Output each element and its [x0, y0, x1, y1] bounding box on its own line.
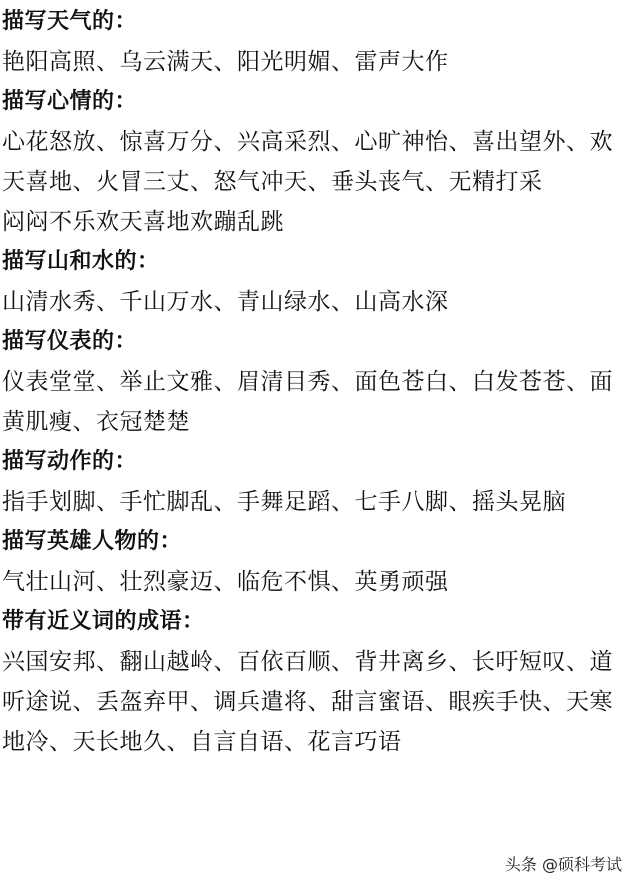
idiom-line: 气壮山河、壮烈豪迈、临危不惧、英勇顽强 [2, 562, 638, 602]
idiom-line: 艳阳高照、乌云满天、阳光明媚、雷声大作 [2, 42, 638, 82]
section-heading-action: 描写动作的： [2, 442, 638, 482]
idiom-line: 仪表堂堂、举止文雅、眉清目秀、面色苍白、白发苍苍、面 [2, 362, 638, 402]
idiom-line: 听途说、丢盔弃甲、调兵遣将、甜言蜜语、眼疾手快、天寒 [2, 682, 638, 722]
idiom-line: 天喜地、火冒三丈、怒气冲天、垂头丧气、无精打采 [2, 162, 638, 202]
document-body: 描写天气的： 艳阳高照、乌云满天、阳光明媚、雷声大作 描写心情的： 心花怒放、惊… [2, 2, 638, 762]
idiom-line: 黄肌瘦、衣冠楚楚 [2, 402, 638, 442]
idiom-line: 闷闷不乐欢天喜地欢蹦乱跳 [2, 202, 638, 242]
section-heading-weather: 描写天气的： [2, 2, 638, 42]
section-heading-synonyms: 带有近义词的成语： [2, 602, 638, 642]
section-heading-mood: 描写心情的： [2, 82, 638, 122]
idiom-line: 山清水秀、千山万水、青山绿水、山高水深 [2, 282, 638, 322]
idiom-line: 心花怒放、惊喜万分、兴高采烈、心旷神怡、喜出望外、欢 [2, 122, 638, 162]
watermark: 头条 @硕科考试 [501, 850, 626, 877]
idiom-line: 地冷、天长地久、自言自语、花言巧语 [2, 722, 638, 762]
idiom-line: 指手划脚、手忙脚乱、手舞足蹈、七手八脚、摇头晃脑 [2, 482, 638, 522]
section-heading-mountain-water: 描写山和水的： [2, 242, 638, 282]
section-heading-hero: 描写英雄人物的： [2, 522, 638, 562]
section-heading-appearance: 描写仪表的： [2, 322, 638, 362]
idiom-line: 兴国安邦、翻山越岭、百依百顺、背井离乡、长吁短叹、道 [2, 642, 638, 682]
